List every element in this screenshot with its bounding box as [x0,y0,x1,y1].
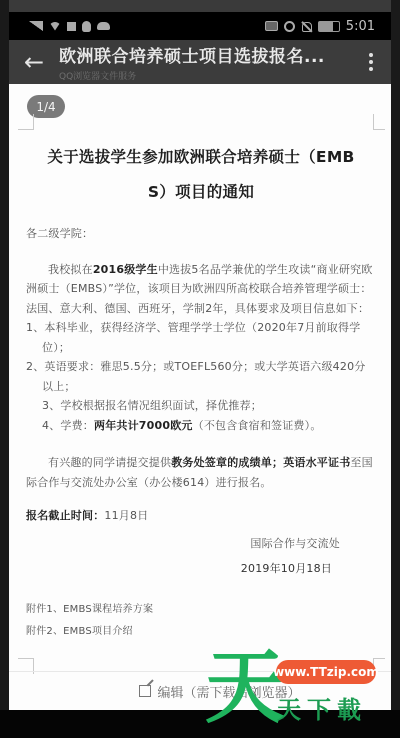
requirement-item-4: 4、学费：两年共计7000欧元（不包含食宿和签证费）。 [26,416,376,436]
attachment-2[interactable]: 附件2、EMBS项目介绍 [26,621,376,643]
text-run: （不包含食宿和签证费）。 [193,419,322,432]
text-run: 4、学费： [42,419,94,432]
battery-icon [318,21,340,32]
status-time: 5:01 [346,19,375,34]
device-bezel-top [0,0,400,12]
application-paragraph: 有兴趣的同学请提交提供教务处签章的成绩单；英语水平证书至国际合作与交流处办公室（… [26,453,376,492]
title-block: 欧洲联合培养硕士项目选拔报名... QQ浏览器文件服务 [59,42,351,82]
device-bezel-right [391,0,400,738]
document-source: QQ浏览器文件服务 [59,69,351,82]
requirement-item-1: 1、本科毕业，获得经济学、管理学学士学位（2020年7月前取得学位）； [26,318,376,357]
bold-text: 2016级学生 [93,263,158,276]
app-bar: ← 欧洲联合培养硕士项目选拔报名... QQ浏览器文件服务 [9,40,391,84]
edit-label: 编辑（需下载后浏览器） [157,682,300,701]
notification-icon [67,22,76,31]
alarm-icon [284,21,295,32]
attachment-list: 附件1、EMBS课程培养方案 附件2、EMBS项目介绍 [26,599,376,643]
salutation: 各二级学院： [26,224,376,244]
deadline-label: 报名截止时间： [26,509,104,522]
status-icons-left [29,21,110,32]
requirement-item-3: 3、学校根据报名情况组织面试，择优推荐； [26,396,376,416]
status-icons-right: 5:01 [265,19,375,34]
intro-paragraph: 我校拟在2016级学生中选拔5名品学兼优的学生攻读“商业研究欧洲硕士（EMBS）… [26,260,376,319]
text-run: 我校拟在 [48,263,93,276]
deadline-value: 11月8日 [104,509,148,522]
more-vert-dot [369,67,373,71]
bold-text: 两年共计7000欧元 [94,419,193,432]
document-viewer[interactable]: 1/4 关于选拔学生参加欧洲联合培养硕士（EMB S）项目的通知 各二级学院： … [9,84,391,710]
more-menu-button[interactable] [351,40,391,84]
back-button[interactable]: ← [9,40,59,84]
device-bezel-bottom [0,710,400,738]
text-run: 有兴趣的同学请提交提供 [48,456,171,469]
signature: 国际合作与交流处 [26,534,376,554]
device-bezel-left [0,0,9,738]
back-arrow-icon: ← [24,48,44,76]
more-vert-icon [369,53,373,57]
notice-title: 关于选拔学生参加欧洲联合培养硕士（EMB S）项目的通知 [26,140,376,210]
issue-date: 2019年10月18日 [26,559,376,579]
page-corner-mark [373,114,385,130]
notice-title-line2: S）项目的通知 [26,175,376,210]
cloud-icon [97,22,110,30]
status-bar: 5:01 [9,12,391,40]
notice-title-line1: 关于选拔学生参加欧洲联合培养硕士（EMB [26,140,376,175]
qq-icon [82,21,91,32]
bold-text: 教务处签章的成绩单；英语水平证书 [171,456,350,469]
wifi-icon [49,22,61,31]
more-vert-dot [369,60,373,64]
mute-icon [301,21,312,32]
requirement-item-2: 2、英语要求：雅思5.5分；或TOEFL560分；或大学英语六级420分以上； [26,357,376,396]
nfc-icon [265,21,278,31]
attachment-1[interactable]: 附件1、EMBS课程培养方案 [26,599,376,621]
page-corner-mark [18,114,34,130]
edit-button[interactable]: 编辑（需下载后浏览器） [9,671,391,710]
edit-icon [139,685,151,697]
signal-icon [29,21,43,31]
document-title: 欧洲联合培养硕士项目选拔报名... [59,42,351,67]
deadline: 报名截止时间：11月8日 [26,506,376,526]
document-page: 关于选拔学生参加欧洲联合培养硕士（EMB S）项目的通知 各二级学院： 我校拟在… [26,140,376,643]
